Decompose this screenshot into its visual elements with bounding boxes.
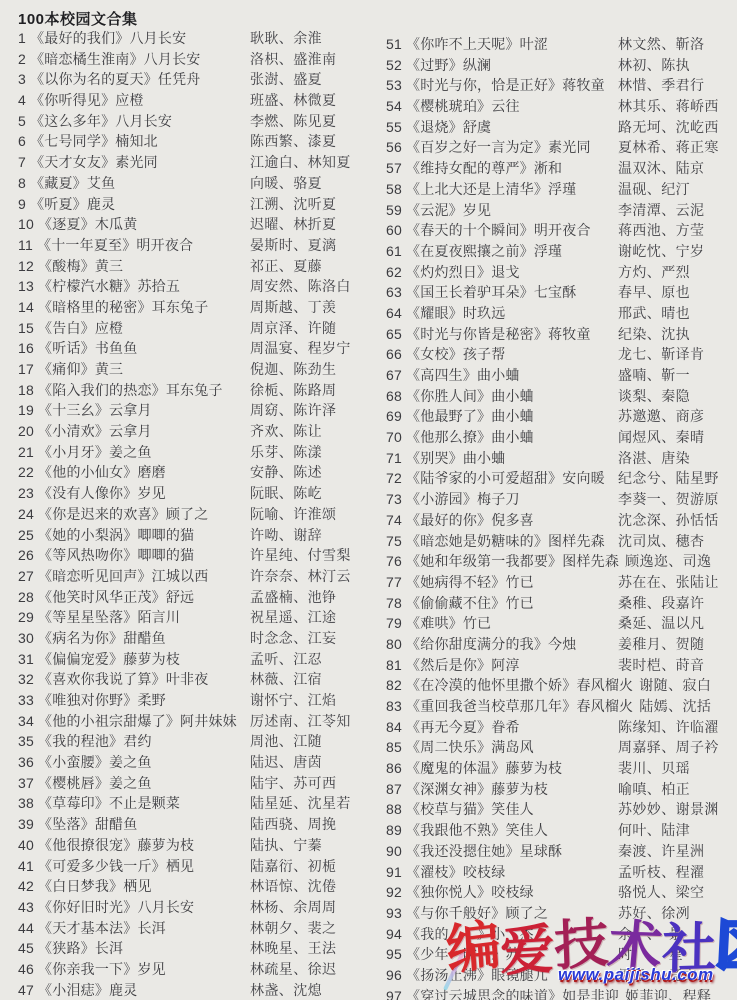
list-item: 14 《暗格里的秘密》耳东兔子周斯越、丁羡 — [18, 297, 386, 318]
list-item: 91 《濯枝》咬枝绿孟听枝、程濯 — [386, 862, 737, 883]
book-title-author: 67 《高四生》曲小蛐 — [386, 365, 618, 386]
book-title-author: 55 《退烧》舒虞 — [386, 117, 618, 138]
character-names: 桑延、温以凡 — [618, 613, 704, 634]
list-item: 55 《退烧》舒虞路无坷、沈屹西 — [386, 117, 737, 138]
list-item: 29 《等星星坠落》陌言川祝星遥、江途 — [18, 607, 386, 628]
character-names: 洛枳、盛淮南 — [250, 49, 336, 70]
book-title-author: 4 《你听得见》应橙 — [18, 90, 250, 111]
character-names: 蒋西池、方莹 — [618, 220, 704, 241]
book-title-author: 46 《你亲我一下》岁见 — [18, 959, 250, 980]
list-item: 53 《时光与你，恰是正好》蒋牧童林惜、季君行 — [386, 75, 737, 96]
book-title-author: 57 《维持女配的尊严》淅和 — [386, 158, 618, 179]
character-names: 时念念、江妄 — [250, 628, 336, 649]
list-item: 76 《她和年级第一我都要》图样先森顾逸迩、司逸 — [386, 551, 737, 572]
character-names: 谢怀宁、江焰 — [250, 690, 336, 711]
book-title-author: 76 《她和年级第一我都要》图样先森 — [386, 551, 625, 572]
character-names: 方灼、严烈 — [618, 262, 690, 283]
character-names: 林初、陈执 — [618, 55, 690, 76]
character-names: 江逾白、林知夏 — [250, 152, 351, 173]
character-names: 陆星延、沈星若 — [250, 793, 351, 814]
character-names: 陆执、宁蓁 — [250, 835, 322, 856]
list-item: 25 《她的小梨涡》唧唧的猫许呦、谢辞 — [18, 525, 386, 546]
character-names: 龙七、靳译肯 — [618, 344, 704, 365]
list-item: 21 《小月牙》姜之鱼乐芽、陈漾 — [18, 442, 386, 463]
book-title-author: 77 《她病得不轻》竹已 — [386, 572, 618, 593]
book-title-author: 71 《别哭》曲小蛐 — [386, 448, 618, 469]
character-names: 路无坷、沈屹西 — [618, 117, 719, 138]
character-names: 林朝夕、裴之 — [250, 918, 336, 939]
list-item: 85 《周二快乐》满岛风周嘉驿、周子衿 — [386, 737, 737, 758]
character-names: 林文然、靳洛 — [618, 34, 704, 55]
character-names: 李燃、陈见夏 — [250, 111, 336, 132]
character-names: 耿耿、余淮 — [250, 28, 322, 49]
book-title-author: 17 《痛仰》黄三 — [18, 359, 250, 380]
character-names: 喻嗔、柏正 — [618, 779, 690, 800]
book-title-author: 70 《他那么撩》曲小蛐 — [386, 427, 618, 448]
book-title-author: 47 《小泪痣》鹿灵 — [18, 980, 250, 1000]
book-title-author: 13 《柠檬汽水糖》苏拾五 — [18, 276, 250, 297]
character-names: 余 、 景 — [618, 924, 683, 945]
character-names: 裴川、贝瑶 — [618, 758, 690, 779]
list-item: 23 《没有人像你》岁见阮眠、陈屹 — [18, 483, 386, 504]
character-names: 周窈、陈许泽 — [250, 400, 336, 421]
list-item: 36 《小蛮腰》姜之鱼陆迟、唐茵 — [18, 752, 386, 773]
list-item: 96 《扬汤止沸》眼镜腿儿周琤、 竞立 — [386, 965, 737, 986]
character-names: 迟曜、林折夏 — [250, 214, 336, 235]
list-item: 78 《偷偷藏不住》竹已桑稚、段嘉许 — [386, 593, 737, 614]
character-names: 林疏星、徐迟 — [250, 959, 336, 980]
list-item: 87 《深渊女神》藤萝为枝喻嗔、柏正 — [386, 779, 737, 800]
list-item: 75 《暗恋她是奶糖味的》图样先森沈司岚、穗杏 — [386, 531, 737, 552]
book-title-author: 34 《他的小祖宗甜爆了》阿井妹妹 — [18, 711, 250, 732]
character-names: 邢武、晴也 — [618, 303, 690, 324]
book-title-author: 28 《他笑时风华正茂》舒远 — [18, 587, 250, 608]
character-names: 苏邀邀、商彦 — [618, 406, 704, 427]
book-title-author: 27 《暗恋听见回声》江城以西 — [18, 566, 250, 587]
list-item: 57 《维持女配的尊严》淅和温双沐、陆京 — [386, 158, 737, 179]
book-list-left: 1 《最好的我们》八月长安耿耿、余淮2 《暗恋橘生淮南》八月长安洛枳、盛淮南3 … — [18, 28, 386, 1000]
character-names: 林语惊、沈倦 — [250, 876, 336, 897]
book-title-author: 40 《他很撩很宠》藤萝为枝 — [18, 835, 250, 856]
character-names: 夏林希、蒋正寒 — [618, 137, 719, 158]
book-title-author: 18 《陷入我们的热恋》耳东兔子 — [18, 380, 250, 401]
book-title-author: 44 《天才基本法》长洱 — [18, 918, 250, 939]
list-item: 12 《酸梅》黄三祁正、夏藤 — [18, 256, 386, 277]
list-item: 13 《柠檬汽水糖》苏拾五周安然、陈洛白 — [18, 276, 386, 297]
list-item: 80 《给你甜度满分的我》今烛姜稚月、贺随 — [386, 634, 737, 655]
book-title-author: 43 《你好旧时光》八月长安 — [18, 897, 250, 918]
book-title-author: 36 《小蛮腰》姜之鱼 — [18, 752, 250, 773]
list-item: 95 《少年 时 》苏 时 、 星 — [386, 944, 737, 965]
book-title-author: 7 《天才女友》素光同 — [18, 152, 250, 173]
book-list-right: 51 《你咋不上天呢》叶涩林文然、靳洛52 《过野》纵澜林初、陈执53 《时光与… — [386, 28, 737, 1000]
character-names: 林晚星、王法 — [250, 938, 336, 959]
list-item: 27 《暗恋听见回声》江城以西许奈奈、林汀云 — [18, 566, 386, 587]
book-title-author: 32 《喜欢你我说了算》叶非夜 — [18, 669, 250, 690]
book-title-author: 89 《我跟他不熟》笑佳人 — [386, 820, 618, 841]
character-names: 姜稚月、贺随 — [618, 634, 704, 655]
list-item: 69 《他最野了》曲小蛐苏邀邀、商彦 — [386, 406, 737, 427]
character-names: 陆嘉衍、初栀 — [250, 856, 336, 877]
book-title-author: 62 《灼灼烈日》退戈 — [386, 262, 618, 283]
character-names: 周嘉驿、周子衿 — [618, 737, 719, 758]
book-title-author: 64 《耀眼》时玖远 — [386, 303, 618, 324]
list-item: 38 《草莓印》不止是颗菜陆星延、沈星若 — [18, 793, 386, 814]
list-item: 94 《我的 》小 杰余 、 景 — [386, 924, 737, 945]
book-title-author: 95 《少年 时 》苏 — [386, 944, 618, 965]
character-names: 周温宴、程岁宁 — [250, 338, 351, 359]
character-names: 苏好、徐冽 — [618, 903, 690, 924]
character-names: 厉述南、江苓知 — [250, 711, 351, 732]
list-item: 22 《他的小仙女》磨磨安静、陈述 — [18, 462, 386, 483]
list-item: 20 《小清欢》云拿月齐欢、陈让 — [18, 421, 386, 442]
list-item: 41 《可爱多少钱一斤》栖见陆嘉衍、初栀 — [18, 856, 386, 877]
character-names: 孟听枝、程濯 — [618, 862, 704, 883]
list-item: 37 《樱桃唇》姜之鱼陆宇、苏可西 — [18, 773, 386, 794]
book-title-author: 63 《国王长着驴耳朵》七宝酥 — [386, 282, 618, 303]
book-title-author: 85 《周二快乐》满岛风 — [386, 737, 618, 758]
character-names: 孟听、江忍 — [250, 649, 322, 670]
book-title-author: 30 《病名为你》甜醋鱼 — [18, 628, 250, 649]
character-names: 许呦、谢辞 — [250, 525, 322, 546]
list-item: 44 《天才基本法》长洱林朝夕、裴之 — [18, 918, 386, 939]
list-item: 67 《高四生》曲小蛐盛喃、靳一 — [386, 365, 737, 386]
list-item: 68 《你胜人间》曲小蛐谈梨、秦隐 — [386, 386, 737, 407]
character-names: 盛喃、靳一 — [618, 365, 690, 386]
book-title-author: 59 《云泥》岁见 — [386, 200, 618, 221]
list-item: 28 《他笑时风华正茂》舒远孟盛楠、池铮 — [18, 587, 386, 608]
list-item: 71 《别哭》曲小蛐洛湛、唐染 — [386, 448, 737, 469]
list-item: 39 《坠落》甜醋鱼陆西骁、周挽 — [18, 814, 386, 835]
character-names: 陆西骁、周挽 — [250, 814, 336, 835]
list-item: 62 《灼灼烈日》退戈方灼、严烈 — [386, 262, 737, 283]
list-item: 70 《他那么撩》曲小蛐闻煜风、秦晴 — [386, 427, 737, 448]
character-names: 温双沐、陆京 — [618, 158, 704, 179]
character-names: 姬菲迎、程释 — [625, 986, 711, 1000]
character-names: 陈西繁、漆夏 — [250, 131, 336, 152]
book-title-author: 1 《最好的我们》八月长安 — [18, 28, 250, 49]
book-title-author: 31 《偏偏宠爱》藤萝为枝 — [18, 649, 250, 670]
book-title-author: 37 《樱桃唇》姜之鱼 — [18, 773, 250, 794]
character-names: 安静、陈述 — [250, 462, 322, 483]
list-item: 54 《樱桃琥珀》云往林其乐、蒋峤西 — [386, 96, 737, 117]
book-title-author: 23 《没有人像你》岁见 — [18, 483, 250, 504]
list-item: 24 《你是迟来的欢喜》顾了之阮喻、许淮颂 — [18, 504, 386, 525]
list-item: 93 《与你千般好》顾了之苏好、徐冽 — [386, 903, 737, 924]
list-item: 77 《她病得不轻》竹已苏在在、张陆让 — [386, 572, 737, 593]
list-item: 64 《耀眼》时玖远邢武、晴也 — [386, 303, 737, 324]
character-names: 春早、原也 — [618, 282, 690, 303]
book-title-author: 11 《十一年夏至》明开夜合 — [18, 235, 250, 256]
list-item: 58 《上北大还是上清华》浮瑾温砚、纪汀 — [386, 179, 737, 200]
character-names: 纪染、沈执 — [618, 324, 690, 345]
book-title-author: 10 《逐夏》木瓜黄 — [18, 214, 250, 235]
list-item: 8 《藏夏》艾鱼向暖、骆夏 — [18, 173, 386, 194]
character-names: 林其乐、蒋峤西 — [618, 96, 719, 117]
character-names: 孟盛楠、池铮 — [250, 587, 336, 608]
list-item: 9 《听夏》鹿灵江溯、沈听夏 — [18, 194, 386, 215]
character-names: 许奈奈、林汀云 — [250, 566, 351, 587]
book-title-author: 86 《魔鬼的体温》藤萝为枝 — [386, 758, 618, 779]
character-names: 周京泽、许随 — [250, 318, 336, 339]
character-names: 向暖、骆夏 — [250, 173, 322, 194]
list-item: 65 《时光与你皆是秘密》蒋牧童纪染、沈执 — [386, 324, 737, 345]
character-names: 桑稚、段嘉许 — [618, 593, 704, 614]
list-item: 92 《独你悦人》咬枝绿骆悦人、梁空 — [386, 882, 737, 903]
list-item: 15 《告白》应橙周京泽、许随 — [18, 318, 386, 339]
character-names: 沈念深、孙恬恬 — [618, 510, 719, 531]
book-title-author: 2 《暗恋橘生淮南》八月长安 — [18, 49, 250, 70]
book-list: 1 《最好的我们》八月长安耿耿、余淮2 《暗恋橘生淮南》八月长安洛枳、盛淮南3 … — [18, 28, 737, 1000]
list-item: 82 《在冷漠的他怀里撒个娇》春风榴火谢随、寂白 — [386, 675, 737, 696]
character-names: 骆悦人、梁空 — [618, 882, 704, 903]
character-names: 谈梨、秦隐 — [618, 386, 690, 407]
character-names: 林薇、江宿 — [250, 669, 322, 690]
character-names: 苏在在、张陆让 — [618, 572, 719, 593]
character-names: 许星纯、付雪梨 — [250, 545, 351, 566]
list-item: 31 《偏偏宠爱》藤萝为枝孟听、江忍 — [18, 649, 386, 670]
book-title-author: 12 《酸梅》黄三 — [18, 256, 250, 277]
list-item: 42 《白日梦我》栖见林语惊、沈倦 — [18, 876, 386, 897]
list-item: 72 《陆爷家的小可爱超甜》安向暖纪念兮、陆星野 — [386, 468, 737, 489]
character-names: 温砚、纪汀 — [618, 179, 690, 200]
list-item: 18 《陷入我们的热恋》耳东兔子徐栀、陈路周 — [18, 380, 386, 401]
book-title-author: 65 《时光与你皆是秘密》蒋牧童 — [386, 324, 618, 345]
list-item: 30 《病名为你》甜醋鱼时念念、江妄 — [18, 628, 386, 649]
character-names: 祁正、夏藤 — [250, 256, 322, 277]
list-item: 40 《他很撩很宠》藤萝为枝陆执、宁蓁 — [18, 835, 386, 856]
book-title-author: 53 《时光与你，恰是正好》蒋牧童 — [386, 75, 618, 96]
book-title-author: 16 《听话》书鱼鱼 — [18, 338, 250, 359]
book-title-author: 97 《穿过云城思念的味道》如是非迎 — [386, 986, 625, 1000]
book-title-author: 38 《草莓印》不止是颗菜 — [18, 793, 250, 814]
book-title-author: 66 《女校》孩子帮 — [386, 344, 618, 365]
character-names: 谢随、寂白 — [639, 675, 711, 696]
list-item: 34 《他的小祖宗甜爆了》阿井妹妹厉述南、江苓知 — [18, 711, 386, 732]
character-names: 徐栀、陈路周 — [250, 380, 336, 401]
book-title-author: 69 《他最野了》曲小蛐 — [386, 406, 618, 427]
character-names: 李葵一、贺游原 — [618, 489, 719, 510]
list-item: 33 《唯独对你野》柔野谢怀宁、江焰 — [18, 690, 386, 711]
book-title-author: 25 《她的小梨涡》唧唧的猫 — [18, 525, 250, 546]
book-title-author: 80 《给你甜度满分的我》今烛 — [386, 634, 618, 655]
book-title-author: 15 《告白》应橙 — [18, 318, 250, 339]
list-item: 19 《十三幺》云拿月周窈、陈许泽 — [18, 400, 386, 421]
list-item: 86 《魔鬼的体温》藤萝为枝裴川、贝瑶 — [386, 758, 737, 779]
character-names: 周安然、陈洛白 — [250, 276, 351, 297]
character-names: 何叶、陆津 — [618, 820, 690, 841]
book-title-author: 22 《他的小仙女》磨磨 — [18, 462, 250, 483]
page-title: 100本校园文合集 — [18, 8, 138, 29]
book-title-author: 56 《百岁之好一言为定》素光同 — [386, 137, 618, 158]
book-title-author: 26 《等风热吻你》唧唧的猫 — [18, 545, 250, 566]
book-title-author: 92 《独你悦人》咬枝绿 — [386, 882, 618, 903]
character-names: 乐芽、陈漾 — [250, 442, 322, 463]
book-title-author: 51 《你咋不上天呢》叶涩 — [386, 34, 618, 55]
list-item: 46 《你亲我一下》岁见林疏星、徐迟 — [18, 959, 386, 980]
book-title-author: 81 《然后是你》阿淳 — [386, 655, 618, 676]
document-page: 100本校园文合集 1 《最好的我们》八月长安耿耿、余淮2 《暗恋橘生淮南》八月… — [0, 0, 737, 1000]
book-title-author: 3 《以你为名的夏天》任凭舟 — [18, 69, 250, 90]
character-names: 陆嫣、沈括 — [639, 696, 711, 717]
list-item: 89 《我跟他不熟》笑佳人何叶、陆津 — [386, 820, 737, 841]
book-title-author: 78 《偷偷藏不住》竹已 — [386, 593, 618, 614]
list-item: 59 《云泥》岁见李清潭、云泥 — [386, 200, 737, 221]
book-title-author: 73 《小游园》梅子刀 — [386, 489, 618, 510]
list-item: 90 《我还没摁住她》星球酥秦渡、许星洲 — [386, 841, 737, 862]
list-item: 63 《国王长着驴耳朵》七宝酥春早、原也 — [386, 282, 737, 303]
character-names: 沈司岚、穗杏 — [618, 531, 704, 552]
list-item: 81 《然后是你》阿淳裴时桤、莳音 — [386, 655, 737, 676]
character-names: 林盏、沈熄 — [250, 980, 322, 1000]
book-title-author: 20 《小清欢》云拿月 — [18, 421, 250, 442]
book-title-author: 35 《我的程池》君约 — [18, 731, 250, 752]
character-names: 林惜、季君行 — [618, 75, 704, 96]
character-names: 齐欢、陈让 — [250, 421, 322, 442]
book-title-author: 90 《我还没摁住她》星球酥 — [386, 841, 618, 862]
list-item: 79 《难哄》竹已桑延、温以凡 — [386, 613, 737, 634]
list-item: 60 《春天的十个瞬间》明开夜合蒋西池、方莹 — [386, 220, 737, 241]
list-item: 73 《小游园》梅子刀李葵一、贺游原 — [386, 489, 737, 510]
list-item: 5 《这么多年》八月长安李燃、陈见夏 — [18, 111, 386, 132]
list-item: 61 《在夏夜熙攘之前》浮瑾谢屹忱、宁岁 — [386, 241, 737, 262]
list-item: 3 《以你为名的夏天》任凭舟张澍、盛夏 — [18, 69, 386, 90]
book-title-author: 60 《春天的十个瞬间》明开夜合 — [386, 220, 618, 241]
character-names: 周琤、 竞立 — [618, 965, 697, 986]
book-title-author: 54 《樱桃琥珀》云往 — [386, 96, 618, 117]
book-title-author: 87 《深渊女神》藤萝为枝 — [386, 779, 618, 800]
book-title-author: 9 《听夏》鹿灵 — [18, 194, 250, 215]
character-names: 陈缘知、许临濯 — [618, 717, 719, 738]
list-item: 47 《小泪痣》鹿灵林盏、沈熄 — [18, 980, 386, 1000]
character-names: 张澍、盛夏 — [250, 69, 322, 90]
character-names: 苏妙妙、谢景渊 — [618, 799, 719, 820]
list-item: 10 《逐夏》木瓜黄迟曜、林折夏 — [18, 214, 386, 235]
book-title-author: 24 《你是迟来的欢喜》顾了之 — [18, 504, 250, 525]
book-title-author: 42 《白日梦我》栖见 — [18, 876, 250, 897]
character-names: 祝星遥、江途 — [250, 607, 336, 628]
book-title-author: 68 《你胜人间》曲小蛐 — [386, 386, 618, 407]
character-names: 洛湛、唐染 — [618, 448, 690, 469]
book-title-author: 93 《与你千般好》顾了之 — [386, 903, 618, 924]
character-names: 周池、江随 — [250, 731, 322, 752]
book-title-author: 96 《扬汤止沸》眼镜腿儿 — [386, 965, 618, 986]
book-title-author: 72 《陆爷家的小可爱超甜》安向暖 — [386, 468, 618, 489]
list-item: 83 《重回我爸当校草那几年》春风榴火陆嫣、沈括 — [386, 696, 737, 717]
list-item: 4 《你听得见》应橙班盛、林微夏 — [18, 90, 386, 111]
character-names: 林杨、余周周 — [250, 897, 336, 918]
book-title-author: 19 《十三幺》云拿月 — [18, 400, 250, 421]
character-names: 周斯越、丁羡 — [250, 297, 336, 318]
book-title-author: 61 《在夏夜熙攘之前》浮瑾 — [386, 241, 618, 262]
character-names: 陆宇、苏可西 — [250, 773, 336, 794]
book-title-author: 94 《我的 》小 杰 — [386, 924, 618, 945]
book-title-author: 41 《可爱多少钱一斤》栖见 — [18, 856, 250, 877]
book-title-author: 74 《最好的你》倪多喜 — [386, 510, 618, 531]
list-item: 26 《等风热吻你》唧唧的猫许星纯、付雪梨 — [18, 545, 386, 566]
list-item: 88 《校草与猫》笑佳人苏妙妙、谢景渊 — [386, 799, 737, 820]
character-names: 陆迟、唐茵 — [250, 752, 322, 773]
list-item: 11 《十一年夏至》明开夜合晏斯时、夏漓 — [18, 235, 386, 256]
book-title-author: 6 《七号同学》楠知北 — [18, 131, 250, 152]
book-title-author: 39 《坠落》甜醋鱼 — [18, 814, 250, 835]
character-names: 倪迦、陈劲生 — [250, 359, 336, 380]
character-names: 裴时桤、莳音 — [618, 655, 704, 676]
book-title-author: 84 《再无今夏》眷希 — [386, 717, 618, 738]
list-item: 17 《痛仰》黄三倪迦、陈劲生 — [18, 359, 386, 380]
book-title-author: 29 《等星星坠落》陌言川 — [18, 607, 250, 628]
character-names: 班盛、林微夏 — [250, 90, 336, 111]
character-names: 闻煜风、秦晴 — [618, 427, 704, 448]
list-item: 43 《你好旧时光》八月长安林杨、余周周 — [18, 897, 386, 918]
character-names: 纪念兮、陆星野 — [618, 468, 719, 489]
list-item: 45 《狭路》长洱林晚星、王法 — [18, 938, 386, 959]
list-item: 56 《百岁之好一言为定》素光同夏林希、蒋正寒 — [386, 137, 737, 158]
character-names: 李清潭、云泥 — [618, 200, 704, 221]
book-title-author: 88 《校草与猫》笑佳人 — [386, 799, 618, 820]
character-names: 谢屹忱、宁岁 — [618, 241, 704, 262]
book-title-author: 45 《狭路》长洱 — [18, 938, 250, 959]
character-names: 江溯、沈听夏 — [250, 194, 336, 215]
book-title-author: 52 《过野》纵澜 — [386, 55, 618, 76]
book-title-author: 83 《重回我爸当校草那几年》春风榴火 — [386, 696, 639, 717]
book-title-author: 82 《在冷漠的他怀里撒个娇》春风榴火 — [386, 675, 639, 696]
list-item: 16 《听话》书鱼鱼周温宴、程岁宁 — [18, 338, 386, 359]
character-names: 顾逸迩、司逸 — [625, 551, 711, 572]
list-item: 1 《最好的我们》八月长安耿耿、余淮 — [18, 28, 386, 49]
list-item: 6 《七号同学》楠知北陈西繁、漆夏 — [18, 131, 386, 152]
book-title-author: 21 《小月牙》姜之鱼 — [18, 442, 250, 463]
book-title-author: 14 《暗格里的秘密》耳东兔子 — [18, 297, 250, 318]
list-item: 2 《暗恋橘生淮南》八月长安洛枳、盛淮南 — [18, 49, 386, 70]
character-names: 时 、 星 — [618, 944, 683, 965]
list-item: 7 《天才女友》素光同江逾白、林知夏 — [18, 152, 386, 173]
list-item: 32 《喜欢你我说了算》叶非夜林薇、江宿 — [18, 669, 386, 690]
list-item: 51 《你咋不上天呢》叶涩林文然、靳洛 — [386, 34, 737, 55]
character-names: 阮眠、陈屹 — [250, 483, 322, 504]
character-names: 阮喻、许淮颂 — [250, 504, 336, 525]
book-title-author: 8 《藏夏》艾鱼 — [18, 173, 250, 194]
character-names: 秦渡、许星洲 — [618, 841, 704, 862]
list-item: 97 《穿过云城思念的味道》如是非迎姬菲迎、程释 — [386, 986, 737, 1000]
character-names: 晏斯时、夏漓 — [250, 235, 336, 256]
book-title-author: 33 《唯独对你野》柔野 — [18, 690, 250, 711]
list-item: 35 《我的程池》君约周池、江随 — [18, 731, 386, 752]
book-title-author: 91 《濯枝》咬枝绿 — [386, 862, 618, 883]
book-title-author: 79 《难哄》竹已 — [386, 613, 618, 634]
list-item: 74 《最好的你》倪多喜沈念深、孙恬恬 — [386, 510, 737, 531]
book-title-author: 5 《这么多年》八月长安 — [18, 111, 250, 132]
list-item: 84 《再无今夏》眷希陈缘知、许临濯 — [386, 717, 737, 738]
list-item: 66 《女校》孩子帮龙七、靳译肯 — [386, 344, 737, 365]
list-item: 52 《过野》纵澜林初、陈执 — [386, 55, 737, 76]
book-title-author: 75 《暗恋她是奶糖味的》图样先森 — [386, 531, 618, 552]
book-title-author: 58 《上北大还是上清华》浮瑾 — [386, 179, 618, 200]
